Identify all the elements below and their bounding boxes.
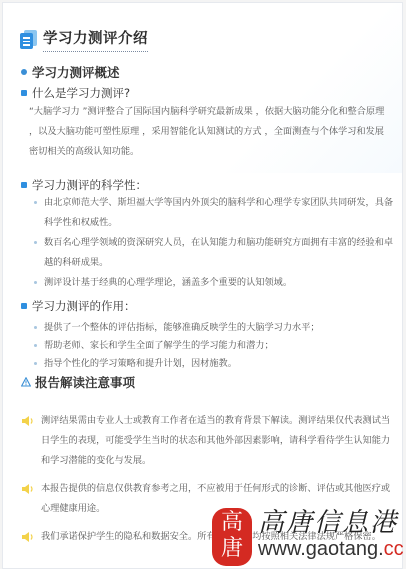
list-item: 指导个性化的学习策略和提升计划，因材施教。	[33, 355, 395, 373]
document-icon	[20, 30, 37, 49]
seal-char-bottom: 唐	[212, 536, 252, 562]
overview-heading-text: 学习力测评概述	[32, 63, 120, 81]
question-heading-text: 什么是学习力测评?	[32, 85, 130, 101]
purpose-heading: 学习力测评的作用：	[21, 298, 136, 314]
list-item: 帮助老师、家长和学生全面了解学生的学习能力和潜力；	[33, 337, 395, 355]
watermark: 高 唐 高唐信息港 www.gaotang.cc	[212, 508, 404, 566]
question-heading: 什么是学习力测评?	[21, 85, 130, 101]
watermark-url-tld: cc	[384, 538, 404, 560]
watermark-url-main: www.gaotang.	[258, 538, 384, 560]
bullet-dot-icon	[21, 69, 27, 75]
watermark-seal: 高 唐	[212, 508, 252, 566]
science-heading-text: 学习力测评的科学性：	[32, 177, 147, 193]
speaker-icon	[21, 531, 35, 543]
list-item: 由北京师范大学、斯坦福大学等国内外顶尖的脑科学和心理学专家团队共同研发，具备科学…	[33, 193, 395, 233]
notice-heading: 报告解读注意事项	[21, 373, 135, 391]
square-bullet-icon	[21, 90, 27, 96]
seal-char-top: 高	[212, 510, 252, 536]
notice-item: 测评结果需由专业人士或教育工作者在适当的教育背景下解读。测评结果仅代表测试当日学…	[21, 411, 393, 471]
overview-heading: 学习力测评概述	[21, 63, 120, 81]
square-bullet-icon	[21, 182, 27, 188]
purpose-list: 提供了一个整体的评估指标，能够准确反映学生的大脑学习力水平； 帮助老师、家长和学…	[33, 319, 395, 373]
list-item: 提供了一个整体的评估指标，能够准确反映学生的大脑学习力水平；	[33, 319, 395, 337]
page-title: 学习力测评介绍	[43, 27, 148, 52]
purpose-heading-text: 学习力测评的作用：	[32, 298, 136, 314]
notice-text: 测评结果需由专业人士或教育工作者在适当的教育背景下解读。测评结果仅代表测试当日学…	[41, 411, 393, 471]
speaker-icon	[21, 415, 35, 427]
watermark-url: www.gaotang.cc	[258, 538, 404, 560]
warning-icon	[21, 377, 31, 387]
watermark-name: 高唐信息港	[258, 508, 404, 538]
report-card: 学习力测评介绍 学习力测评概述 什么是学习力测评? “大脑学习力 ”测评整合了国…	[2, 2, 403, 569]
speaker-icon	[21, 483, 35, 495]
page-header: 学习力测评介绍	[20, 27, 148, 52]
list-item: 测评设计基于经典的心理学理论，涵盖多个重要的认知领域。	[33, 273, 395, 293]
notice-heading-text: 报告解读注意事项	[35, 373, 135, 391]
square-bullet-icon	[21, 303, 27, 309]
science-list: 由北京师范大学、斯坦福大学等国内外顶尖的脑科学和心理学专家团队共同研发，具备科学…	[33, 193, 395, 293]
overview-description: “大脑学习力 ”测评整合了国际国内脑科学研究最新成果 ，依据大脑功能分化和整合原…	[29, 102, 391, 162]
science-heading: 学习力测评的科学性：	[21, 177, 147, 193]
list-item: 数百名心理学领域的资深研究人员，在认知能力和脑功能研究方面拥有丰富的经验和卓越的…	[33, 233, 395, 273]
